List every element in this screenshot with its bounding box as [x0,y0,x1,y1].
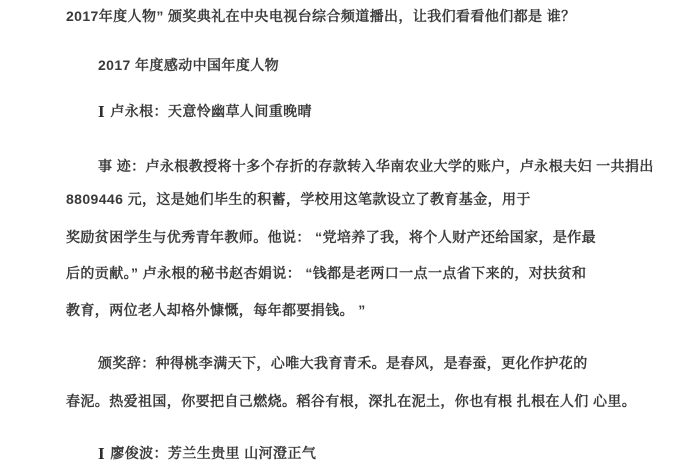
text-line: 后的贡献。” 卢永根的秘书赵杏娟说： “钱都是老两口一点一点省下来的，对扶贫和 [66,265,586,282]
text-line: 春泥。热爱祖国，你要把自己燃烧。稻谷有根，深扎在泥土，你也有根 扎根在人们 心里… [66,393,636,410]
roman-numeral-marker: I [98,102,105,121]
document-page: 2017年度人物” 颁奖典礼在中央电视台综合频道播出，让我们看看他们都是 谁？ … [0,0,700,470]
line-text: 廖俊波：芳兰生贵里 山河澄正气 [110,445,316,461]
text-line: 颁奖辞：种得桃李满天下，心唯大我育青禾。是春风，是春蚕，更化作护花的 [98,355,588,372]
line-text: 2017 年度感动中国年度人物 [98,57,279,73]
text-line: 2017年度人物” 颁奖典礼在中央电视台综合频道播出，让我们看看他们都是 谁？ [66,8,576,25]
line-text: 春泥。热爱祖国，你要把自己燃烧。稻谷有根，深扎在泥土，你也有根 扎根在人们 心里… [66,393,636,409]
line-text: 卢永根：天意怜幽草人间重晚晴 [110,103,312,119]
text-line: 2017 年度感动中国年度人物 [98,57,279,74]
text-line: 教育，两位老人却格外慷慨，每年都要捐钱。 ” [66,302,366,319]
line-text: 8809446 元，这是她们毕生的积蓄，学校用这笔款设立了教育基金，用于 [66,191,531,207]
text-line: 奖励贫困学生与优秀青年教师。他说： “党培养了我，将个人财产还给国家，是作最 [66,229,596,246]
line-text: 后的贡献。” 卢永根的秘书赵杏娟说： “钱都是老两口一点一点省下来的，对扶贫和 [66,265,586,281]
line-text: 教育，两位老人却格外慷慨，每年都要捐钱。 ” [66,302,366,318]
line-text: 2017年度人物” 颁奖典礼在中央电视台综合频道播出，让我们看看他们都是 谁？ [66,8,576,24]
line-text: 事 迹：卢永根教授将十多个存折的存款转入华南农业大学的账户，卢永根夫妇 一共捐出 [98,158,654,174]
line-text: 奖励贫困学生与优秀青年教师。他说： “党培养了我，将个人财产还给国家，是作最 [66,229,596,245]
roman-numeral-marker: I [98,444,105,463]
text-line: 事 迹：卢永根教授将十多个存折的存款转入华南农业大学的账户，卢永根夫妇 一共捐出 [98,158,654,175]
text-line: I 卢永根：天意怜幽草人间重晚晴 [98,103,312,120]
text-line: I 廖俊波：芳兰生贵里 山河澄正气 [98,445,316,462]
text-line: 8809446 元，这是她们毕生的积蓄，学校用这笔款设立了教育基金，用于 [66,191,531,208]
line-text: 颁奖辞：种得桃李满天下，心唯大我育青禾。是春风，是春蚕，更化作护花的 [98,355,588,371]
